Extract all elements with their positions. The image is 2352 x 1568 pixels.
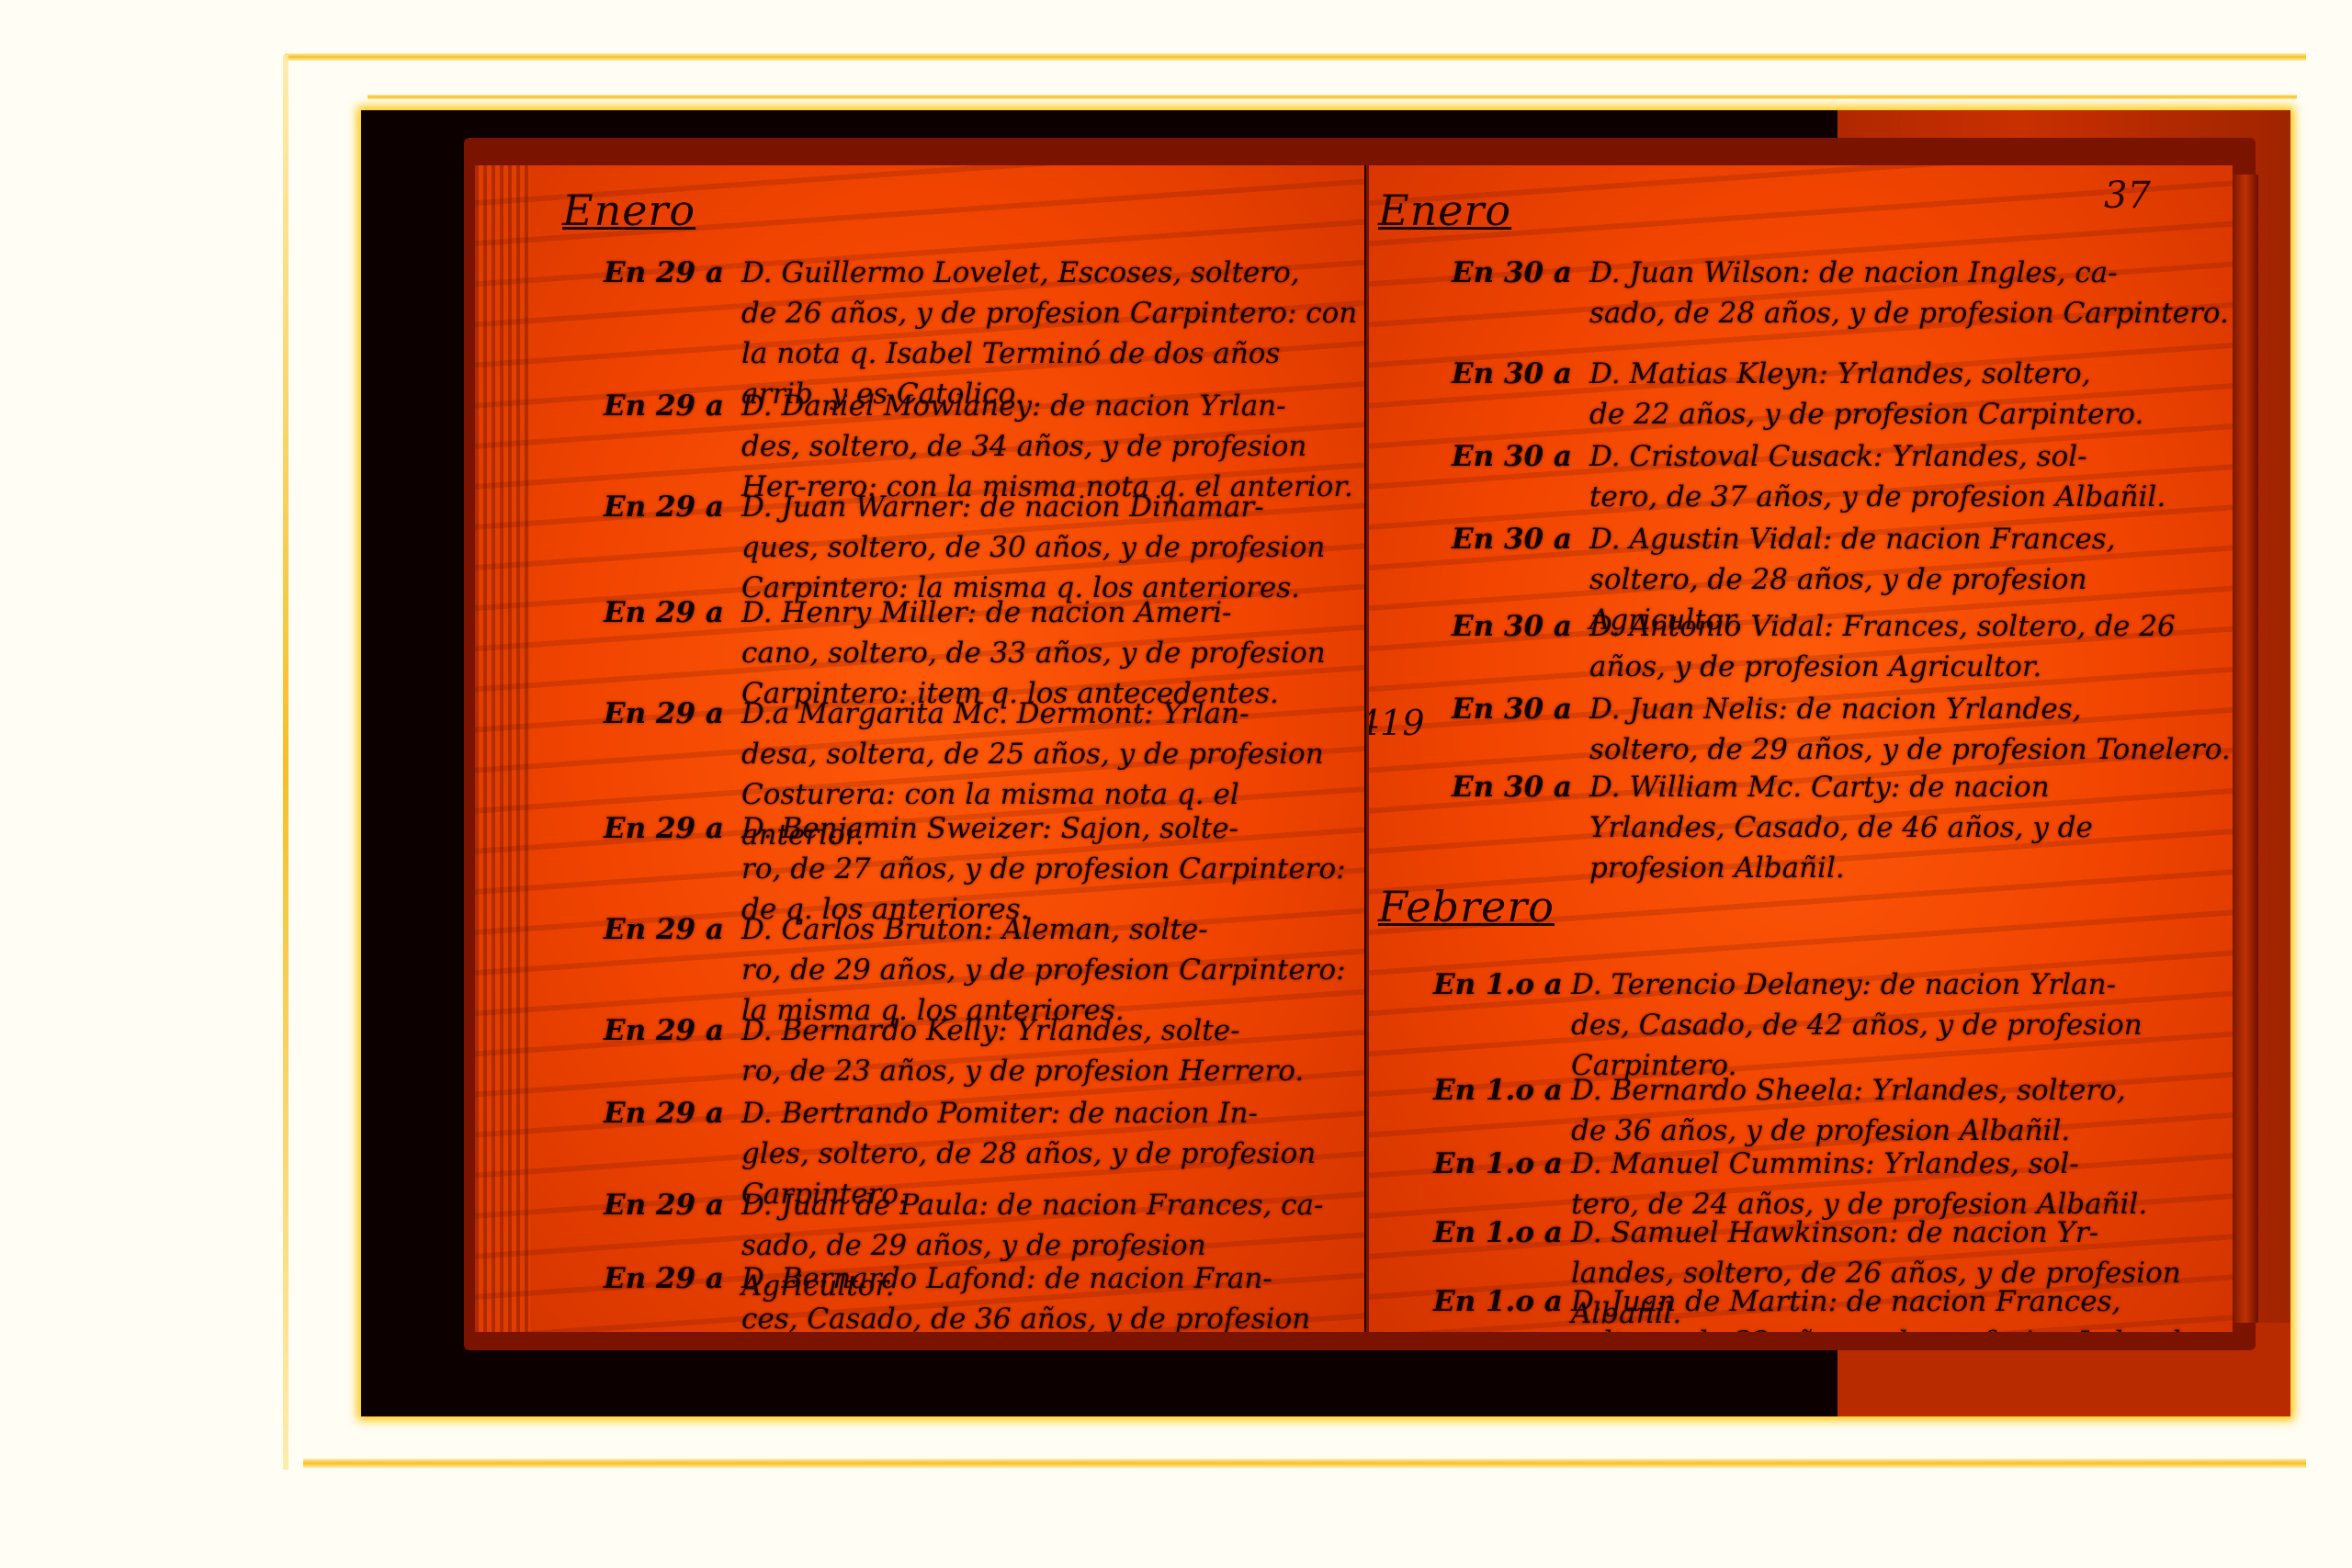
register-entry: En 30 aD. Juan Wilson: de nacion Ingles,…: [1369, 253, 2233, 333]
month-heading: Enero: [562, 186, 695, 235]
right-page: 419 Enero 37 En 30 aD. Juan Wilson: de n…: [1369, 165, 2233, 1332]
register-entry: En 30 aD. Matias Kleyn: Yrlandes, solter…: [1369, 354, 2233, 434]
register-entry: En 30 aD. Antonio Vidal: Frances, solter…: [1369, 606, 2233, 687]
mount-left-line: [283, 55, 288, 1470]
register-entry: En 30 aD. William Mc. Carty: de nacion Y…: [1369, 767, 2233, 888]
register-entry: En 1.o aD. Terencio Delaney: de nacion Y…: [1369, 964, 2233, 1086]
mount-top-line: [285, 53, 2306, 61]
register-entry: En 1.o aD. Bernardo Sheela: Yrlandes, so…: [1369, 1070, 2233, 1151]
register-entry: En 30 aD. Juan Nelis: de nacion Yrlandes…: [1369, 689, 2233, 770]
register-entry: En 29 aD. Bernardo Lafond: de nacion Fra…: [475, 1258, 1364, 1332]
left-page: Enero En 29 aD. Guillermo Lovelet, Escos…: [475, 165, 1366, 1332]
register-entry: En 29 aD. Bernardo Kelly: Yrlandes, solt…: [475, 1010, 1364, 1091]
register-entry: En 29 aD. Juan Warner: de nacion Dinamar…: [475, 487, 1364, 608]
mount-bottom-line: [303, 1459, 2306, 1468]
folio-number: 37: [2104, 175, 2151, 217]
register-entry: En 1.o aD. Juan de Martin: de nacion Fra…: [1369, 1281, 2233, 1332]
mount-inner-top-line: [367, 95, 2297, 99]
month-heading-febrero: Febrero: [1378, 882, 1555, 931]
month-heading: Enero: [1378, 186, 1511, 235]
page-stack-edge: [2233, 175, 2258, 1323]
ledger-book: Enero En 29 aD. Guillermo Lovelet, Escos…: [464, 138, 2256, 1350]
register-entry: En 30 aD. Cristoval Cusack: Yrlandes, so…: [1369, 436, 2233, 517]
